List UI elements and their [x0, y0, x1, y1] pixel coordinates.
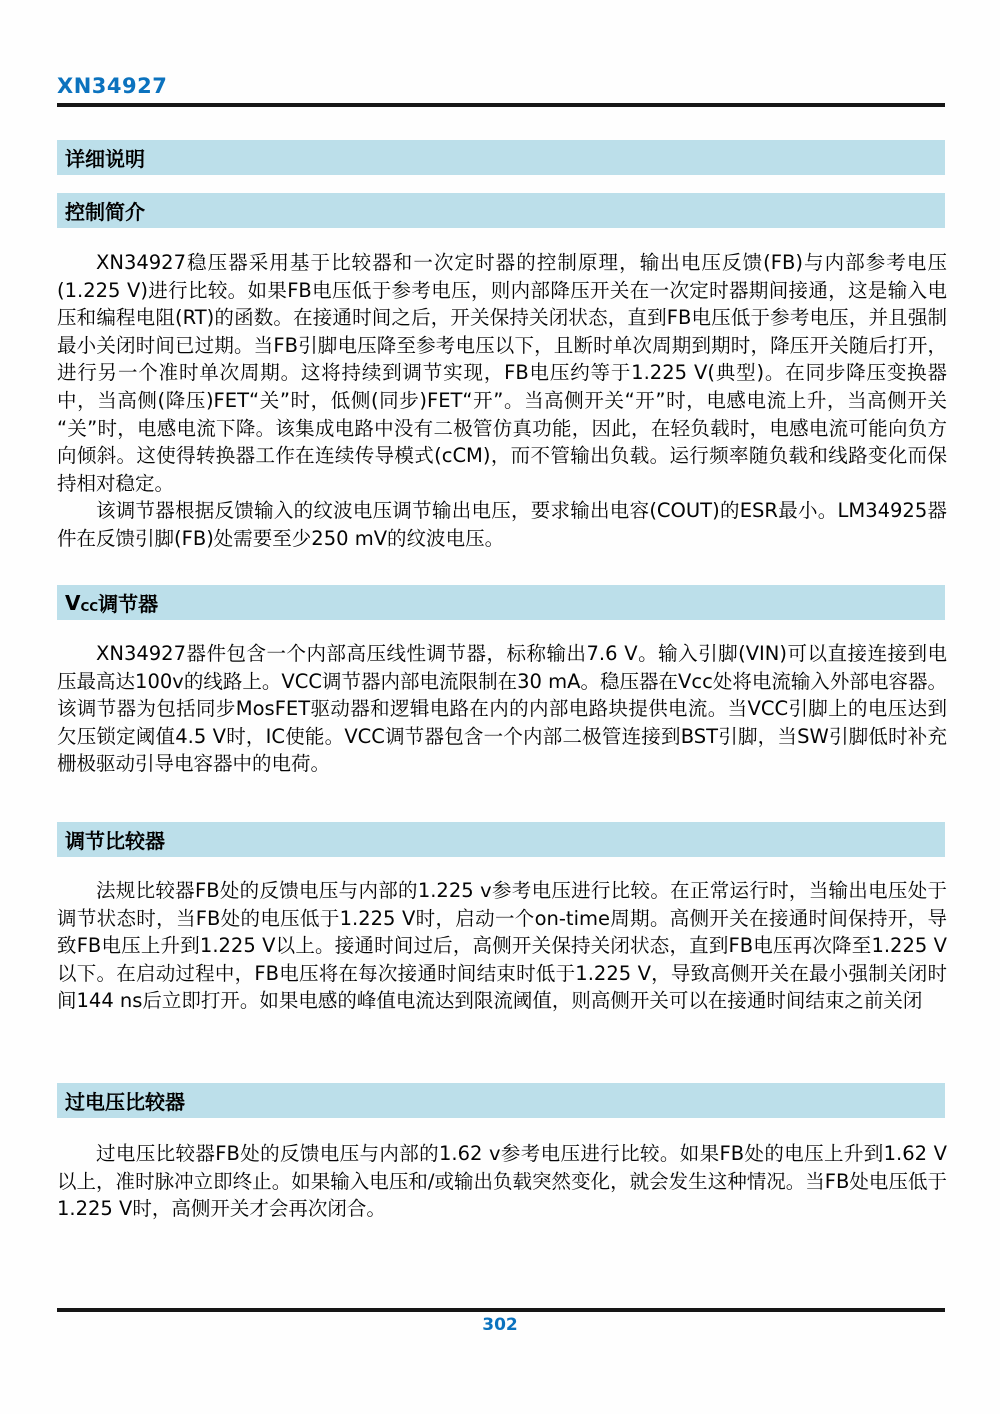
section-heading-vcc-regulator: VCC调节器 — [57, 585, 945, 620]
vcc-subscript: CC — [80, 600, 98, 620]
header-rule — [57, 103, 945, 107]
section-heading-detailed-description: 详细说明 — [57, 140, 945, 175]
section-heading-control-overview: 控制简介 — [57, 193, 945, 228]
section-heading-overvoltage-comparator: 过电压比较器 — [57, 1083, 945, 1118]
paragraph: 该调节器根据反馈输入的纹波电压调节输出电压，要求输出电容(COUT)的ESR最小… — [57, 497, 947, 552]
paragraph: XN34927器件包含一个内部高压线性调节器，标称输出7.6 V。输入引脚(VI… — [57, 640, 947, 778]
datasheet-page: XN34927 详细说明 控制简介 XN34927稳压器采用基于比较器和一次定时… — [0, 0, 1000, 1414]
section-body-control-overview: XN34927稳压器采用基于比较器和一次定时器的控制原理，输出电压反馈(FB)与… — [57, 249, 947, 553]
page-number: 302 — [0, 1315, 1000, 1335]
section-heading-regulation-comparator: 调节比较器 — [57, 822, 945, 857]
vcc-symbol: V — [65, 591, 80, 615]
section-heading-label: 过电压比较器 — [65, 1086, 185, 1115]
paragraph: 法规比较器FB处的反馈电压与内部的1.225 v参考电压进行比较。在正常运行时，… — [57, 877, 947, 1015]
section-heading-label: 调节器 — [98, 588, 158, 617]
section-heading-label: 控制简介 — [65, 196, 145, 225]
section-body-regulation-comparator: 法规比较器FB处的反馈电压与内部的1.225 v参考电压进行比较。在正常运行时，… — [57, 877, 947, 1015]
section-heading-label: 详细说明 — [65, 143, 145, 172]
section-heading-label: 调节比较器 — [65, 825, 165, 854]
footer-rule — [57, 1308, 945, 1312]
paragraph: 过电压比较器FB处的反馈电压与内部的1.62 v参考电压进行比较。如果FB处的电… — [57, 1140, 947, 1223]
doc-id: XN34927 — [57, 74, 167, 98]
section-body-vcc-regulator: XN34927器件包含一个内部高压线性调节器，标称输出7.6 V。输入引脚(VI… — [57, 640, 947, 778]
paragraph: XN34927稳压器采用基于比较器和一次定时器的控制原理，输出电压反馈(FB)与… — [57, 249, 947, 497]
section-body-overvoltage-comparator: 过电压比较器FB处的反馈电压与内部的1.62 v参考电压进行比较。如果FB处的电… — [57, 1140, 947, 1223]
